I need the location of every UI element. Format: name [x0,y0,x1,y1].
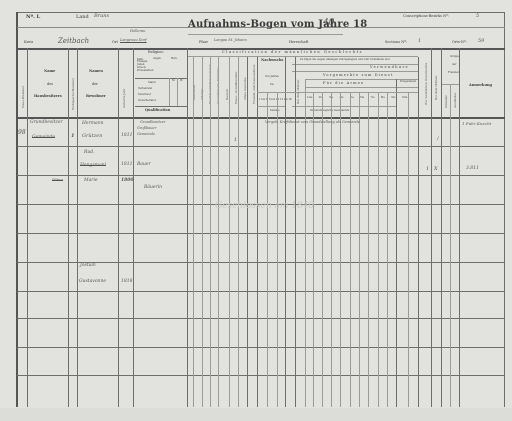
col-line-o1 [450,84,451,407]
form-year: 40 [323,19,334,28]
form-title: Aufnahms-Bogen vom Jahre 18 [188,20,367,30]
sub-header-line [257,92,418,93]
col-geburtsjahr: Geburts-Jahr [122,88,126,108]
col-line-l [396,79,397,407]
gruppe-2: der [452,64,456,67]
row1-hausbesitzer-1: Grundbesitzer [30,121,63,126]
gruppe-3: Fremden [448,72,459,75]
col-line-k8 [378,92,379,407]
conscription-value: 5 [476,14,479,19]
col-line-k3 [331,92,332,407]
col-line-h1 [267,92,268,407]
pfarr-label: Pfarr [199,41,208,45]
col-bewohner-1: Namen [89,70,103,74]
row3-hausbesitzer: Witwe [52,179,63,183]
row1-haus-nummer: 98 [18,130,26,136]
stand-col-line-1 [169,78,170,106]
row2-bewohner-1: Rud. [84,151,95,156]
col-line-g1 [193,57,194,407]
col-line-k4 [340,92,341,407]
ort-above: Hollerau [130,30,145,34]
col-line-m [418,57,419,407]
row2-geburtsjahr: 1811 [121,163,132,168]
fremde-divider [442,84,460,85]
conscription-label: Conscriptions-Bezirks Nº: [403,15,449,19]
paper-bottom-margin [0,408,512,421]
row1-qual-2: Großbauer [137,127,156,131]
row5-bewohner-2: Gustavonne [79,280,106,285]
census-form-sheet: Nº. I. Land Bruns Aufnahms-Bogen vom Jah… [0,0,512,421]
row3-bewohner: Marie [84,179,98,184]
stand-row-2: Unverheiratet [138,100,156,103]
nachwuchs-summe-line [257,106,285,107]
religion-col-augsb: Augsb. [153,58,162,61]
orts-value: 59 [478,39,484,44]
col-name-3: Hausbesitzers [34,95,62,99]
zufuegen-label: Zu fügen die wegen Anlangen zuückgelegte… [300,59,390,62]
col-line-g4 [218,57,219,407]
armee-year-8: 8te [381,96,385,99]
col-line-k1 [313,92,314,407]
row2-mark-1: 1 [426,167,429,172]
armee-label: Für die Armee [323,82,364,86]
armee-year-9: 9te [391,96,395,99]
col-line-o [441,48,442,407]
row1-anmerkung: 1 Fuhr Knecht [462,122,491,126]
col-line-f [187,48,188,407]
fremde-col-0: Inländer [444,95,448,108]
verw-line-2 [292,71,418,72]
faded-watermark: Geschlossen am 1840 [215,202,314,211]
col-line-n [431,48,432,407]
col-haus-nummer: Haus-Nummer [21,86,25,108]
orts-label: Orts-Nº: [452,41,467,45]
col-line-g7 [247,57,248,407]
row1-bewohner-1: Hermann [82,122,104,127]
row1-hausbesitzer-2: Gemeinde [32,136,55,141]
form-number: Nº. I. [26,15,41,20]
land-value: Bruns [94,14,109,19]
col-bewohner-3: Bewohner [86,95,106,99]
col-line-k2 [322,92,323,407]
col-anmerkung: Anmerkung [469,84,492,88]
col-line-j [295,57,296,407]
nachwuchs-header: Nachwuchs [261,59,283,63]
classification-title: Classification der männlichen Geschlecht… [222,51,363,55]
col-line-k7 [368,92,369,407]
row5-bewohner-1: Jostian [80,264,96,269]
col-line-k9 [387,92,388,407]
religion-row-4: Protestanten [137,70,153,73]
col-wohnpartei: Wohnpartei-Nummer [71,78,75,110]
kreis-label: Kreis [24,41,33,45]
row2-qual: Bauer [137,163,151,168]
row1-nachwuchs-note: Vergeb. Kraftdienst vom Grundstellung al… [265,121,360,125]
sections-value: 1 [418,39,421,44]
col-line-k6 [359,92,360,407]
col-line-c [77,48,78,407]
col-line-g5 [229,57,230,407]
armee-year-6: 6te [360,96,364,99]
fremde-col-1: Ausländer [453,93,457,108]
armee-year-1: 1ste [307,96,312,99]
stand-col-line-2 [177,78,178,106]
row1-qual-1: Grundbesitzer [140,121,165,125]
uebrige-label: Zur weiblichen Geschlechts [424,63,428,105]
row2-mark-2: X [434,167,438,172]
religion-col-helv: Helv. [171,58,177,61]
col-line-e [133,48,134,407]
title-underline [188,34,343,35]
vorgemerkt-label: Vorgemerkte zum Dienst [323,74,393,78]
row3-geburtsjahr: 1800 [121,179,134,184]
row3-qual: Bäuerin [144,186,162,191]
summe-label: Summe [270,110,280,113]
stand-col-m: M. [172,80,175,83]
class-col-7: Fremde und Auswanderer [252,64,256,104]
stand-qual-divider [135,106,188,107]
row1-mark: / [437,137,439,142]
ort-value: Langenau Dorf [120,39,147,43]
col-line-g2 [202,57,203,407]
col-line-g6 [238,57,239,407]
col-line-a [27,48,28,407]
pfarr-value: Langau St. Johann [214,39,247,43]
col-name-1: Name [44,70,55,74]
col-line-l1 [408,92,409,407]
row1-qual-3: Gemeinde [137,133,155,137]
armee-year-7: 7te [371,96,375,99]
verw-line-4 [305,87,418,88]
ort-label: Ort [112,41,118,45]
col-line-h2 [277,92,278,407]
stand-row-0: Verheiratet [138,88,152,91]
col-line-k5 [350,92,351,407]
religion-header: Religion: [148,51,164,55]
armee-year-10: 10te [402,96,408,99]
sections-label: Sections Nº: [385,41,407,45]
frame-top [17,12,505,13]
kreis-value: Zeitbach [58,38,89,45]
col-line-p [459,48,460,407]
col-line-b [68,48,69,407]
row1-class-mark: 1 [234,138,237,143]
verw-line-5 [292,106,396,107]
verwendbar-label: Verwendbare [370,66,409,70]
col-qualification: Qualification [145,109,170,113]
col-line-g3 [210,57,211,407]
jahrgang-label-2: bis [270,84,274,87]
jahrgang-label-1: Von Jahren [265,76,279,79]
col-line-d [118,48,119,407]
herrschaft-label: Herrschaft [289,41,308,45]
stand-row-1: Verwitwet [138,94,151,97]
col-line-i [285,57,286,407]
andere-label: Kriegsdienst [400,81,416,84]
row5-geburtsjahr: 1818 [121,280,132,285]
col-bewohner-2: der [92,83,98,87]
col-name-2: des [47,83,53,87]
row2-bewohner-2: Hengsmanl [80,164,106,169]
land-label: Land [76,15,89,20]
col-line-h [257,57,258,407]
row2-anmerkung: 3.811 [466,167,479,172]
dienstjahre-label: Dienstuntaugliche Geschlechts [310,110,349,113]
row1-geburtsjahr: 1811 [121,134,132,139]
militaer-label: Bei dem Militair [434,75,438,100]
row1-wohnpartei: 1 [71,134,74,139]
col-line-k0 [305,79,306,407]
classification-underline [188,56,418,57]
stand-header: Stand [148,82,155,85]
stand-col-w: W. [180,80,183,83]
row1-bewohner-2: Grützen [82,134,102,139]
